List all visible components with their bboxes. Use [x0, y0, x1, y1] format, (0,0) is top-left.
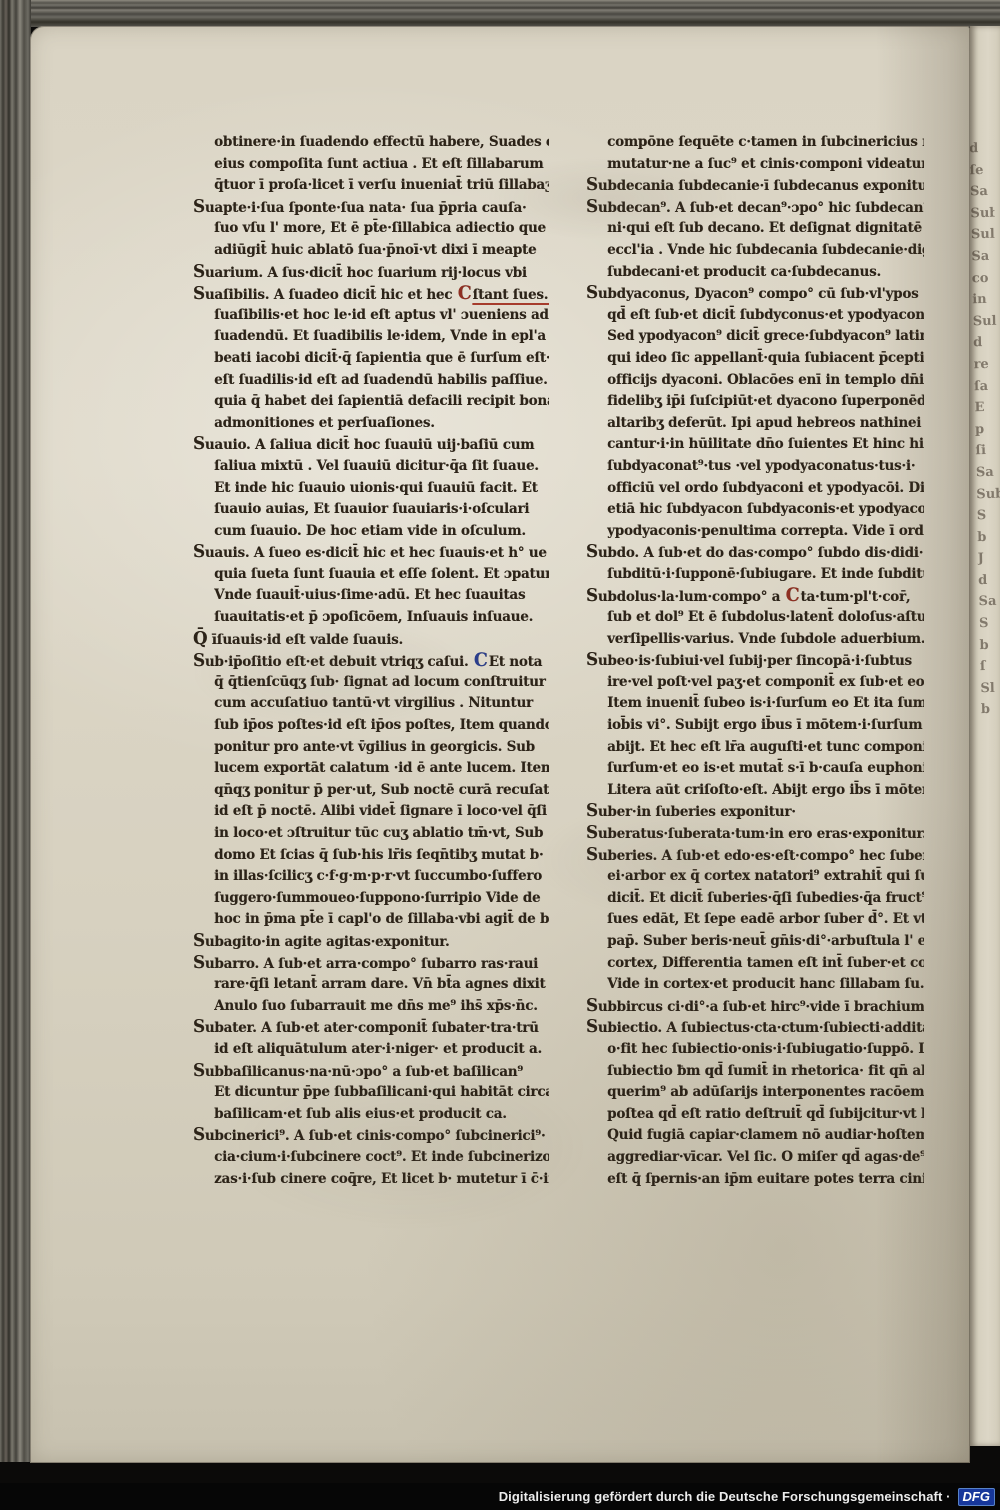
text-line: verſipellis·varius. Vnde ſubdole aduerbi…	[586, 629, 910, 651]
text-line: admonitiones et perſuaſiones.	[193, 413, 535, 435]
text-line: rare·q̄ſi letant̄ arram dare. Vn̄ bt̄a a…	[193, 974, 535, 996]
text-line: pap̄. Suber beris·neut̄ gn̄is·di°·arbuſt…	[586, 931, 910, 953]
text-line: ſuauitatis·et p̄ ɔpoſicōem, Inſuauis inſ…	[193, 607, 535, 629]
text-line: obtinere·in ſuadendo effectū habere, Sua…	[193, 132, 535, 154]
text-line: qn̄qʒ ponitur p̄ per·ut, Sub noctē curā …	[193, 780, 535, 802]
fore-edge-text-fragment: Sul	[973, 310, 997, 332]
fore-edge-text-fragment: in	[972, 289, 996, 311]
text-line: poſtea qd̄ eſt ratio deſtruit̄ qd̄ ſubij…	[586, 1104, 910, 1126]
text-line: Suapte·i·ſua ſponte·ſua nata· ſua p̄pria…	[193, 197, 535, 219]
text-line: ſurſum·et eo is·et mutat̄ s·ī b·cauſa eu…	[586, 758, 910, 780]
text-line: Subarro. A ſub·et arra·compo° ſubarro ra…	[193, 953, 535, 975]
fore-edge-text-fragment: ſa	[974, 375, 998, 397]
fore-edge-text-fragment: Sub	[976, 483, 1000, 505]
fore-edge-text-fragment: ſe	[970, 159, 994, 181]
text-line: Vide in cortex·et producit hanc ſillabam…	[586, 974, 910, 996]
text-line: ſub et dol⁹ Et ē ſubdolus·latent̄ doloſu…	[586, 607, 910, 629]
text-line: Subdo. A ſub·et do das·compo° ſubdo dis·…	[586, 542, 910, 564]
text-line: q̄ q̄tienſcūqʒ ſub· ſignat ad locum conſ…	[193, 672, 535, 694]
fore-edge-text-fragment: Sa	[970, 181, 994, 203]
text-line: abijt. Et hec eſt lr̄a auguſti·et tunc c…	[586, 737, 910, 759]
text-line: fidelibʒ ip̄i ſuſcipiūt·et dyacono ſuper…	[586, 391, 910, 413]
text-line: eſt q̄ ſpernis·an ip̄m euitare potes ter…	[586, 1169, 910, 1191]
text-line: cia·cium·i·ſubcinere coct⁹. Et inde ſubc…	[193, 1147, 535, 1169]
text-line: Suaſibilis. A ſuadeo dicit̄ hic et hec C…	[193, 283, 535, 305]
book-edge-left	[0, 0, 31, 1462]
text-line: Suauis. A ſueo es·dicit̄ hic et hec ſuau…	[193, 542, 535, 564]
text-line: Q̄ īſuauis·id eſt valde ſuauis.	[193, 629, 535, 651]
fore-edge-text-fragment: d	[973, 332, 997, 354]
dfg-caption: Digitalisierung gefördert durch die Deut…	[499, 1489, 951, 1504]
text-line: cum ſuauio. De hoc etiam vide in oſculum…	[193, 521, 535, 543]
text-line: compōne ſequēte c·tamen in ſubcinericius…	[586, 132, 910, 154]
text-line: Et inde hic ſuauio uionis·qui ſuauiū fac…	[193, 478, 535, 500]
text-line: Subcinerici⁹. A ſub·et cinis·compo° ſubc…	[193, 1125, 535, 1147]
text-line: officijs dyaconi. Oblacōes enī in templo…	[586, 370, 910, 392]
text-line: quia ſueta ſunt ſuauia et eſſe ſolent. E…	[193, 564, 535, 586]
text-line: ſuggero·ſummoueo·ſuppono·ſurripio Vide d…	[193, 888, 535, 910]
text-line: ei·arbor ex q̄ cortex natatori⁹ extrahit…	[586, 866, 910, 888]
text-line: Litera aūt criſoſto·eſt. Abijt ergo ib̄s…	[586, 780, 910, 802]
text-line: ire·vel poſt·vel paʒ·et componit̄ ex ſub…	[586, 672, 910, 694]
text-line: Item inuenit̄ ſubeo is·i·ſurſum eo Et it…	[586, 693, 910, 715]
fore-edge-text-fragment: S	[977, 505, 1000, 527]
capitulum-mark: C	[785, 585, 801, 606]
fore-edge-text-fragment: Sub	[970, 203, 994, 225]
text-line: Vnde ſuauit̄·uius·ſime·adū. Et hec ſuaui…	[193, 585, 535, 607]
text-line: etiā hic ſubdyacon ſubdyaconis·et ypodya…	[586, 499, 910, 521]
text-segment: Et nota	[489, 654, 542, 670]
text-line: dicit̄. Et dicit̄ ſuberies·q̄ſi ſubedies…	[586, 888, 910, 910]
text-segment: Subdolus·la·lum·compo° a	[586, 589, 785, 605]
next-page-edge: dſeSaSubSulSacoinSuldreſaEpſiSaSubSbJdSa…	[970, 26, 1000, 1446]
text-column-left: obtinere·in ſuadendo effectū habere, Sua…	[193, 132, 549, 1194]
rubricated-text: ſtant ſues.	[473, 287, 549, 305]
text-line: baſilicam·et ſub alis eius·et producit c…	[193, 1104, 535, 1126]
text-line: Suberatus·ſuberata·tum·in ero eras·expon…	[586, 823, 910, 845]
text-line: in illas·ſcilicʒ c·f·g·m·p·r·vt ſuccumbo…	[193, 866, 535, 888]
dfg-logo: DFG	[958, 1488, 995, 1506]
text-line: ſuaſibilis·et hoc le·id eſt aptus vl' ɔu…	[193, 305, 535, 327]
text-line: adiūgit̄ huic ablatō ſua·p̄noī·vt dixi ī…	[193, 240, 535, 262]
text-line: ſubiectio ƀm qd̄ ſumit̄ in rhetorica· fi…	[586, 1061, 910, 1083]
fore-edge-text-fragment: co	[972, 267, 996, 289]
fore-edge-text-fragment: E	[974, 397, 998, 419]
capitulum-mark: C	[457, 283, 473, 304]
text-line: in loco·et ɔſtruitur tūc cuʒ ablatio tm̄…	[193, 823, 535, 845]
text-line: Anulo ſuo ſubarrauit me dn̄s me⁹ ihs̄ xp…	[193, 996, 535, 1018]
text-line: cum accuſatiuo tantū·vt virgilius . Nitu…	[193, 693, 535, 715]
text-line: Et dicuntur p̄pe ſubbaſilicani·qui habit…	[193, 1082, 535, 1104]
text-line: ſuadendū. Et ſuadibilis le·idem, Vnde in…	[193, 326, 535, 348]
text-line: Sed ypodyacon⁹ dicit̄ grece·ſubdyacon⁹ l…	[586, 326, 910, 348]
fore-edge-text-fragment: b	[979, 634, 1000, 656]
text-line: ſuauio auias, Et ſuauior ſuauiaris·i·oſc…	[193, 499, 535, 521]
text-line: Suberies. A ſub·et edo·es·eſt·compo° hec…	[586, 845, 910, 867]
fore-edge-text-fragment: Sa	[978, 591, 1000, 613]
text-line: cortex, Differentia tamen eſt int̄ ſuber…	[586, 953, 910, 975]
text-line: officiū vel ordo ſubdyaconi et ypodyacōi…	[586, 478, 910, 500]
text-line: Subagito·in agite agitas·exponitur.	[193, 931, 535, 953]
text-column-right: compōne ſequēte c·tamen in ſubcinericius…	[586, 132, 924, 1194]
text-line: quia q̄ habet dei ſapientiā defacili rec…	[193, 391, 535, 413]
text-line: qui ideo ſic appellant̄·quia ſubiacent p…	[586, 348, 910, 370]
text-line: ſubditū·i·ſupponē·ſubiugare. Et inde ſub…	[586, 564, 910, 586]
text-line: aggrediar·vīcar. Vel ſic. O miſer qd̄ ag…	[586, 1147, 910, 1169]
text-line: Subeo·is·ſubiui·vel ſubij·per ſincopā·i·…	[586, 650, 910, 672]
text-line: Subbircus ci·di°·a ſub·et hirc⁹·vide ī b…	[586, 996, 910, 1018]
text-line: ſues edāt, Et ſepe eadē arbor ſuber d̄°.…	[586, 909, 910, 931]
fore-edge-text-fragment: Sa	[976, 462, 1000, 484]
text-line: beati iacobi dicit̄·q̄ ſapientia que ē ſ…	[193, 348, 535, 370]
text-line: eccl'ia . Vnde hic ſubdecania ſubdecanie…	[586, 240, 910, 262]
text-line: o·fit hec ſubiectio·onis·i·ſubiugatio·ſu…	[586, 1039, 910, 1061]
text-line: Suauio. A ſaliua dicit̄ hoc ſuauiū uij·b…	[193, 434, 535, 456]
fore-edge-text-fragment: b	[977, 526, 1000, 548]
text-line: eſt ſuadilis·id eſt ad ſuadendū habilis …	[193, 370, 535, 392]
fore-edge-text-fragment: Sa	[971, 246, 995, 268]
text-line: cantur·i·in hūilitate dn̄o ſuientes Et h…	[586, 434, 910, 456]
text-line: Subiectio. A ſubiectus·cta·ctum·ſubiecti…	[586, 1017, 910, 1039]
text-line: Suber·in ſuberies exponitur·	[586, 801, 910, 823]
text-line: ſaliua mixtū . Vel ſuauiū dicitur·q̄a ſi…	[193, 456, 535, 478]
fore-edge-text-fragment: ſ	[980, 656, 1000, 678]
text-line: querim⁹ ab adūſarijs interponentes racōe…	[586, 1082, 910, 1104]
text-line: ypodyaconis·penultima correpta. Vide ī o…	[586, 521, 910, 543]
text-line: Subdecan⁹. A ſub·et decan⁹·ɔpo° hic ſubd…	[586, 197, 910, 219]
text-line: ponitur pro ante·vt v̄gilius in georgici…	[193, 737, 535, 759]
fore-edge-text-fragment: re	[973, 354, 997, 376]
text-line: altaribʒ deferūt. Ipi apud hebreos nathi…	[586, 413, 910, 435]
fore-edge-text-fragments: dſeSaSubSulSacoinSuldreſaEpſiSaSubSbJdSa…	[970, 138, 1000, 722]
text-line: id eſt p̄ noctē. Alibi videt̄ ſignare ī …	[193, 801, 535, 823]
text-line: lucem exportāt calatum ·id ē ante lucem.…	[193, 758, 535, 780]
text-line: ſubdyaconat⁹·tus ·vel ypodyaconatus·tus·…	[586, 456, 910, 478]
text-line: domo Et ſcias q̄ ſub·his lr̄is ſeqn̄tibʒ…	[193, 845, 535, 867]
text-segment: Suaſibilis. A ſuadeo dicit̄ hic et hec	[193, 287, 457, 303]
fore-edge-text-fragment: p	[975, 418, 999, 440]
text-line: Subdolus·la·lum·compo° a Cta·tum·pl't·co…	[586, 585, 910, 607]
text-line: Subater. A ſub·et ater·componit̄ ſubater…	[193, 1017, 535, 1039]
fore-edge-text-fragment: Sl	[980, 677, 1000, 699]
text-segment: ta·tum·pl't·cor̄,	[801, 589, 911, 605]
text-line: Subdyaconus, Dyacon⁹ compo° cū ſub·vl'yp…	[586, 283, 910, 305]
text-line: id eſt aliquātulum ater·i·niger· et prod…	[193, 1039, 535, 1061]
fore-edge-text-fragment: ſi	[975, 440, 999, 462]
text-line: Subbaſilicanus·na·nū·ɔpo° a ſub·et baſil…	[193, 1061, 535, 1083]
fore-edge-text-fragment: J	[977, 548, 1000, 570]
text-line: iob̄is vi°. Subijt ergo ib̄us ī mōtem·i·…	[586, 715, 910, 737]
text-line: Sub·ip̄oſitio eſt·et debuit vtriqʒ caſui…	[193, 650, 535, 672]
text-line: qd̄ eſt ſub·et dicit̄ ſubdyconus·et ypod…	[586, 305, 910, 327]
fore-edge-text-fragment: d	[978, 570, 1000, 592]
text-line: hoc in p̄ma pt̄e ī capl'o de ſillaba·vbi…	[193, 909, 535, 931]
text-line: ſuo vſu l' more, Et ē pt̄e·ſillabica adi…	[193, 218, 535, 240]
fore-edge-text-fragment: Sul	[971, 224, 995, 246]
manuscript-page: obtinere·in ſuadendo effectū habere, Sua…	[30, 26, 970, 1463]
capitulum-mark: C	[473, 650, 489, 671]
text-line: Subdecania ſubdecanie·ī ſubdecanus expon…	[586, 175, 910, 197]
text-line: q̄tuor ī proſa·licet ī verſu inueniat̄ t…	[193, 175, 535, 197]
fore-edge-text-fragment: d	[970, 138, 993, 160]
fore-edge-text-fragment: b	[981, 699, 1000, 721]
text-line: ſubdecani·et producit ca·ſubdecanus.	[586, 262, 910, 284]
text-line: ſub ip̄os poſtes·id eſt ip̄os poſtes, It…	[193, 715, 535, 737]
text-line: ni·qui eſt ſub decano. Et deſignat digni…	[586, 218, 910, 240]
text-line: Quid fugiā capiar·clamem nō audiar·hoſte…	[586, 1125, 910, 1147]
text-line: Suarium. A ſus·dicit̄ hoc ſuarium rij·lo…	[193, 262, 535, 284]
text-segment: Sub·ip̄oſitio eſt·et debuit vtriqʒ caſui…	[193, 654, 473, 670]
fore-edge-text-fragment: S	[979, 613, 1000, 635]
text-line: mutatur·ne a ſuc⁹ et cinis·componi videa…	[586, 154, 910, 176]
dfg-credit-bar: Digitalisierung gefördert durch die Deut…	[0, 1483, 1000, 1510]
text-line: eius compoſita ſunt actiua . Et eſt ſill…	[193, 154, 535, 176]
book-edge-top	[0, 0, 1000, 27]
text-line: zas·i·ſub cinere coq̄re, Et licet b· mut…	[193, 1169, 535, 1191]
